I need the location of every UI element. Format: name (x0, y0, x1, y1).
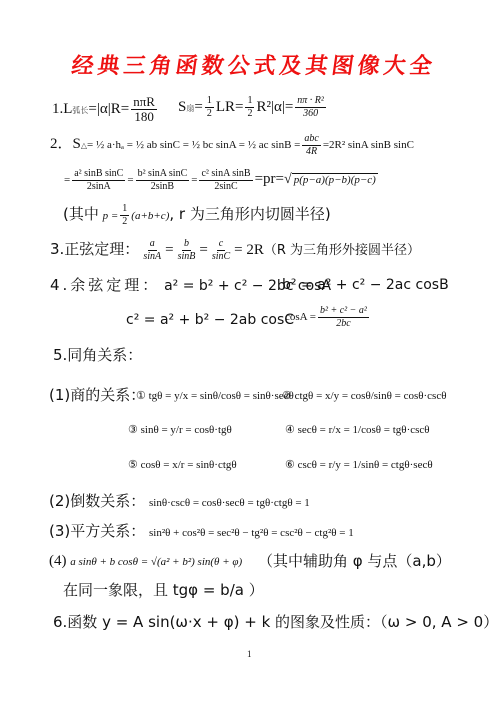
quotient-q2: ② ctgθ = x/y = cosθ/sinθ = cosθ·cscθ (282, 389, 447, 402)
auxiliary-angle-note2: 在同一象限，且 tgφ = b/a ） (63, 580, 264, 600)
arc-length-formula: 1.L弧长=|α|R=nπR180 (52, 95, 159, 124)
label: (1)商的关系： (49, 386, 145, 404)
fraction: abc4R (302, 133, 320, 158)
label: 3.正弦定理： (50, 240, 139, 258)
denominator: sinC (210, 251, 232, 263)
sector-area-formula: S扇=12LR=12R²|α|=nπ · R²360 (178, 95, 328, 120)
eq-c: c² = a² + b² − 2ab cosC (126, 312, 294, 328)
numerator: nπ · R² (295, 95, 326, 108)
numerator: b² sinA sinC (136, 168, 190, 181)
label: 4.余弦定理： (50, 276, 160, 294)
auxiliary-angle-note: （其中辅助角 φ 与点（a,b） (258, 551, 451, 571)
fraction: b² + c² − a²2bc (318, 305, 369, 330)
denominator: sinA (141, 251, 163, 263)
law-of-sines: 3.正弦定理：asinA=bsinB=csinC= 2R（R 为三角形外接圆半径… (50, 238, 420, 263)
half: 12 (120, 203, 129, 228)
half: 12 (205, 95, 214, 120)
denominator: 2bc (334, 318, 352, 330)
lr: LR= (216, 99, 244, 115)
denominator: 360 (301, 108, 320, 120)
fraction: csinC (210, 238, 232, 263)
label: cosA = (285, 311, 316, 323)
fraction: b² sinA sinC2sinB (136, 168, 190, 193)
numerator: b² + c² − a² (318, 305, 369, 318)
denominator: 4R (304, 146, 319, 158)
page-number: 1 (247, 649, 252, 659)
pr: =pr= (255, 171, 284, 187)
section5-heading: 5.同角关系： (53, 345, 142, 365)
reciprocal-relations: (2)倒数关系： sinθ·cscθ = cosθ·secθ = tgθ·ctg… (49, 491, 310, 513)
denominator: 2 (245, 108, 254, 120)
label: (2)倒数关系： (49, 492, 145, 510)
formula: sinθ·cscθ = cosθ·secθ = tgθ·ctgθ = 1 (149, 497, 310, 509)
tail: = 2R (234, 242, 264, 258)
label: 2．S (50, 136, 81, 152)
numerator: 1 (205, 95, 214, 108)
denominator: 2sinC (212, 181, 239, 193)
half: 12 (245, 95, 254, 120)
note-suffix: , r 为三角形内切圆半径) (169, 205, 330, 223)
label: (3)平方关系： (49, 522, 145, 540)
fraction: nπ · R²360 (295, 95, 326, 120)
fraction: nπR180 (131, 95, 157, 124)
quotient-relations-label: (1)商的关系： (49, 385, 145, 406)
document-title: 经典三角函数公式及其图像大全 (70, 49, 438, 80)
triangle-area-note: (其中 p =12(a+b+c), r 为三角形内切圆半径) (63, 203, 331, 228)
eq-b: b² = a² + c² − 2ac cosB (282, 277, 449, 293)
fraction: bsinB (176, 238, 198, 263)
r2: R²|α|= (256, 99, 293, 115)
p-tail: (a+b+c) (131, 210, 169, 222)
eq: = (194, 99, 202, 115)
triangle-area-line1: 2．S△= ½ a·hₐ = ½ ab sinC = ½ bc sinA = ½… (50, 133, 414, 158)
numerator: a² sinB sinC (72, 168, 125, 181)
p: p = (103, 210, 119, 222)
numerator: b (182, 238, 191, 251)
eq: =|α|R= (88, 101, 129, 117)
label: 1.L (52, 101, 72, 117)
law-of-cosines-c: c² = a² + b² − 2ab cosC (126, 310, 294, 330)
numerator: abc (302, 133, 320, 146)
label: (4) (49, 553, 67, 569)
quotient-q6: ⑥ cscθ = r/y = 1/sinθ = ctgθ·secθ (285, 458, 433, 471)
numerator: c (217, 238, 225, 251)
fraction: asinA (141, 238, 163, 263)
numerator: 1 (120, 203, 129, 216)
denominator: 2 (205, 108, 214, 120)
heron-formula: p(p−a)(p−b)(p−c) (292, 173, 378, 186)
formula-tail: =2R² sinA sinB sinC (323, 139, 414, 151)
square-relations: (3)平方关系： sin²θ + cos²θ = sec²θ − tg²θ = … (49, 521, 354, 543)
note: （R 为三角形外接圆半径） (264, 243, 420, 258)
quotient-q4: ④ secθ = r/x = 1/cosθ = tgθ·cscθ (285, 423, 430, 436)
formula: a sinθ + b cosθ = √(a² + b²) sin(θ + φ) (70, 556, 242, 568)
denominator: 2sinB (149, 181, 176, 193)
cosA-formula: cosA =b² + c² − a²2bc (285, 305, 371, 330)
numerator: nπR (131, 95, 157, 110)
law-of-cosines-b: b² = a² + c² − 2ac cosB (282, 275, 449, 295)
numerator: 1 (245, 95, 254, 108)
denominator: 180 (132, 110, 156, 124)
subscript-arc: 弧长 (72, 106, 88, 115)
section6-heading: 6.函数 y = A sin(ω·x + φ) + k 的图象及性质：（ω > … (53, 612, 498, 632)
numerator: c² sinA sinB (199, 168, 252, 181)
quotient-q3: ③ sinθ = y/r = cosθ·tgθ (128, 423, 232, 436)
auxiliary-angle: (4) a sinθ + b cosθ = √(a² + b²) sin(θ +… (49, 551, 242, 572)
numerator: a (148, 238, 157, 251)
denominator: 2 (120, 216, 129, 228)
denominator: sinB (176, 251, 198, 263)
note-prefix: (其中 (63, 205, 99, 223)
formula: = ½ a·hₐ = ½ ab sinC = ½ bc sinA = ½ ac … (87, 139, 300, 151)
fraction: a² sinB sinC2sinA (72, 168, 125, 193)
formula: sin²θ + cos²θ = sec²θ − tg²θ = csc²θ − c… (149, 527, 354, 539)
quotient-q1: ① tgθ = y/x = sinθ/cosθ = sinθ·secθ (136, 389, 294, 402)
fraction: c² sinA sinB2sinC (199, 168, 252, 193)
triangle-area-line2: =a² sinB sinC2sinA=b² sinA sinC2sinB=c² … (64, 168, 378, 193)
denominator: 2sinA (85, 181, 113, 193)
quotient-q5: ⑤ cosθ = x/r = sinθ·ctgθ (128, 458, 237, 471)
